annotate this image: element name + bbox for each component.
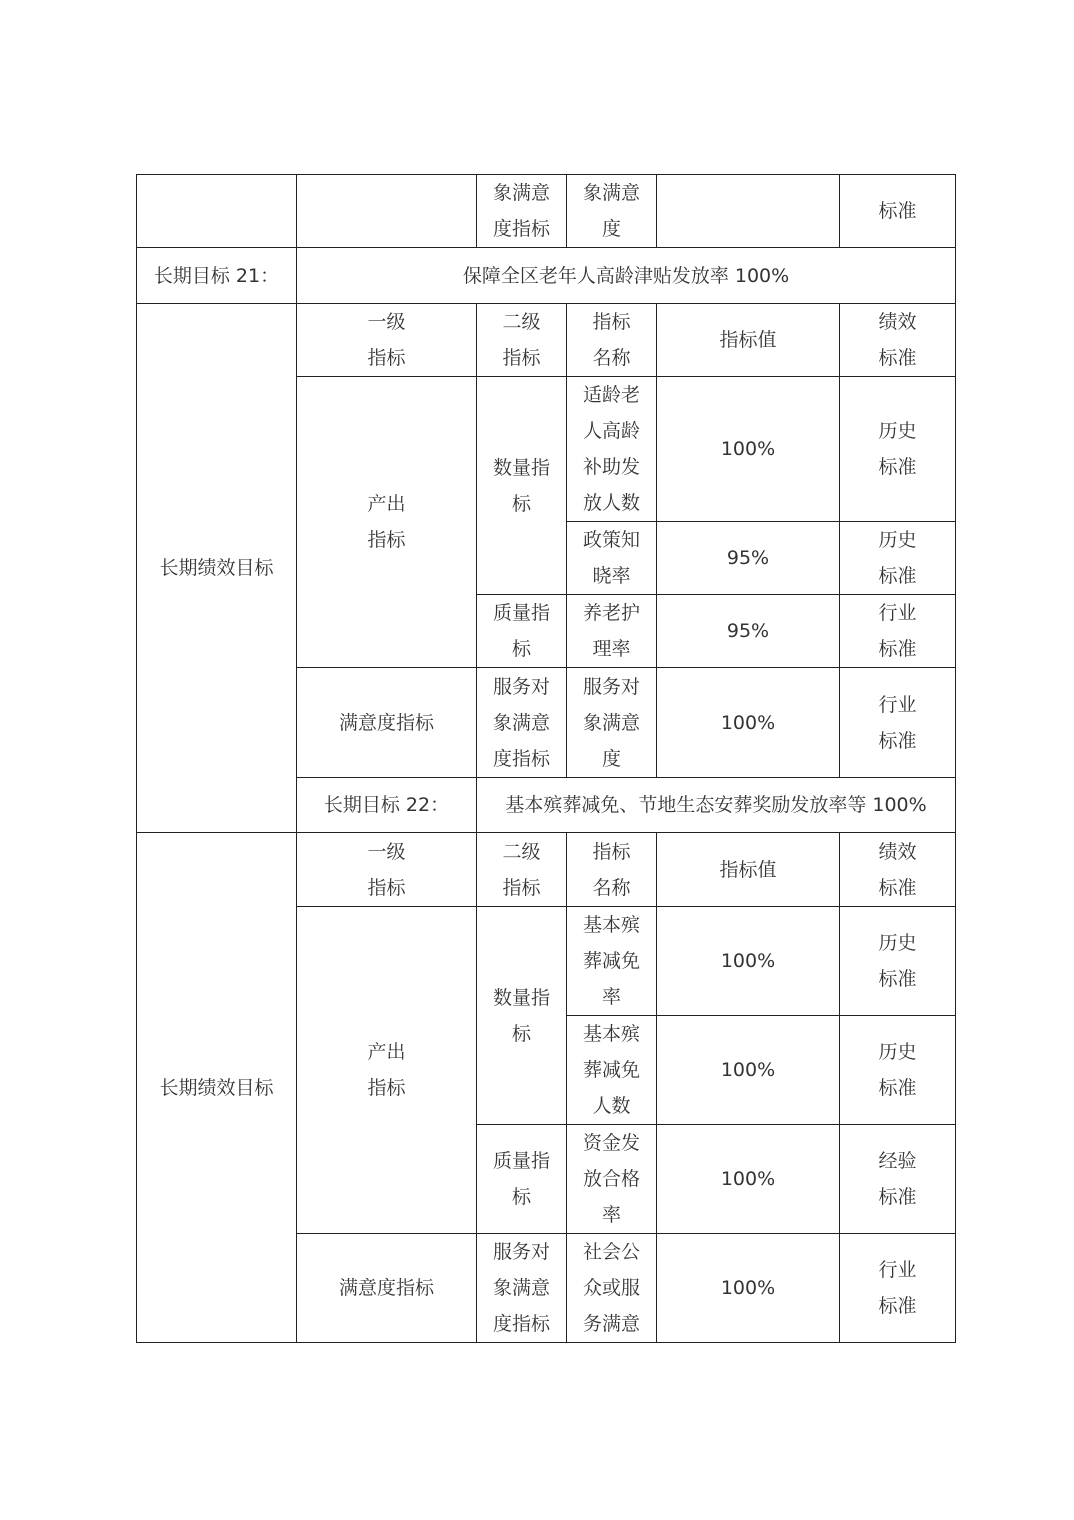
- indicator-name-cell: 基本殡 葬减免 人数: [567, 1016, 657, 1125]
- header-value: 指标值: [657, 304, 840, 377]
- standard-cell: 行业 标准: [840, 668, 956, 778]
- header-name: 指标 名称: [567, 304, 657, 377]
- indicator-value-cell: 100%: [657, 1016, 840, 1125]
- indicator-name-cell: 养老护 理率: [567, 595, 657, 668]
- goal-label: 长期目标 22：: [297, 778, 477, 833]
- goal-label: 长期目标 21：: [137, 248, 297, 304]
- indicator-name-cell: 资金发 放合格 率: [567, 1125, 657, 1234]
- header-level1: 一级 指标: [297, 833, 477, 907]
- indicator-value-cell: 100%: [657, 377, 840, 522]
- satisfaction-level2-cell: 服务对 象满意 度指标: [477, 1234, 567, 1343]
- standard-cell: 历史 标准: [840, 522, 956, 595]
- standard-cell: 历史 标准: [840, 1016, 956, 1125]
- indicator-value-cell: 100%: [657, 668, 840, 778]
- header-level2: 二级 指标: [477, 304, 567, 377]
- indicator-name-cell: 社会公 众或服 务满意: [567, 1234, 657, 1343]
- indicator-value-cell: 100%: [657, 1234, 840, 1343]
- continuation-row: 象满意 度指标 象满意 度 标准: [137, 175, 956, 248]
- document-page: 象满意 度指标 象满意 度 标准 长期目标 21： 保障全区老年人高龄津贴发放率…: [0, 0, 1074, 1520]
- satisfaction-indicator-label: 满意度指标: [297, 668, 477, 778]
- empty-cell: [297, 175, 477, 248]
- header-row: 长期绩效目标 一级 指标 二级 指标 指标 名称 指标值 绩效 标准: [137, 304, 956, 377]
- standard-cell: 行业 标准: [840, 1234, 956, 1343]
- performance-goals-table: 象满意 度指标 象满意 度 标准 长期目标 21： 保障全区老年人高龄津贴发放率…: [136, 174, 956, 1343]
- indicator-value-cell: 95%: [657, 595, 840, 668]
- indicator-name-cell: 基本殡 葬减免 率: [567, 907, 657, 1016]
- standard-cell: 经验 标准: [840, 1125, 956, 1234]
- indicator-value-cell: 100%: [657, 1125, 840, 1234]
- goal-text: 基本殡葬减免、节地生态安葬奖励发放率等 100%: [477, 778, 956, 833]
- header-level2: 二级 指标: [477, 833, 567, 907]
- indicator-name-cell: 适龄老 人高龄 补助发 放人数: [567, 377, 657, 522]
- output-indicator-label: 产出 指标: [297, 377, 477, 668]
- quantity-indicator-label: 数量指 标: [477, 907, 567, 1125]
- standard-cell: 行业 标准: [840, 595, 956, 668]
- output-indicator-label: 产出 指标: [297, 907, 477, 1234]
- level2-cell: 象满意 度指标: [477, 175, 567, 248]
- long-term-goal-label: 长期绩效目标: [137, 833, 297, 1343]
- goal-text: 保障全区老年人高龄津贴发放率 100%: [297, 248, 956, 304]
- indicator-value-cell: 100%: [657, 907, 840, 1016]
- satisfaction-indicator-label: 满意度指标: [297, 1234, 477, 1343]
- standard-cell: 历史 标准: [840, 377, 956, 522]
- standard-cell: 历史 标准: [840, 907, 956, 1016]
- header-row: 长期绩效目标 一级 指标 二级 指标 指标 名称 指标值 绩效 标准: [137, 833, 956, 907]
- header-standard: 绩效 标准: [840, 833, 956, 907]
- indicator-name-cell: 象满意 度: [567, 175, 657, 248]
- indicator-value-cell: [657, 175, 840, 248]
- header-name: 指标 名称: [567, 833, 657, 907]
- indicator-name-cell: 服务对 象满意 度: [567, 668, 657, 778]
- header-standard: 绩效 标准: [840, 304, 956, 377]
- quality-indicator-label: 质量指 标: [477, 595, 567, 668]
- header-value: 指标值: [657, 833, 840, 907]
- goal-row-21: 长期目标 21： 保障全区老年人高龄津贴发放率 100%: [137, 248, 956, 304]
- empty-cell: [137, 175, 297, 248]
- quality-indicator-label: 质量指 标: [477, 1125, 567, 1234]
- satisfaction-level2-cell: 服务对 象满意 度指标: [477, 668, 567, 778]
- standard-cell: 标准: [840, 175, 956, 248]
- indicator-value-cell: 95%: [657, 522, 840, 595]
- indicator-name-cell: 政策知 晓率: [567, 522, 657, 595]
- long-term-goal-label: 长期绩效目标: [137, 304, 297, 833]
- header-level1: 一级 指标: [297, 304, 477, 377]
- quantity-indicator-label: 数量指 标: [477, 377, 567, 595]
